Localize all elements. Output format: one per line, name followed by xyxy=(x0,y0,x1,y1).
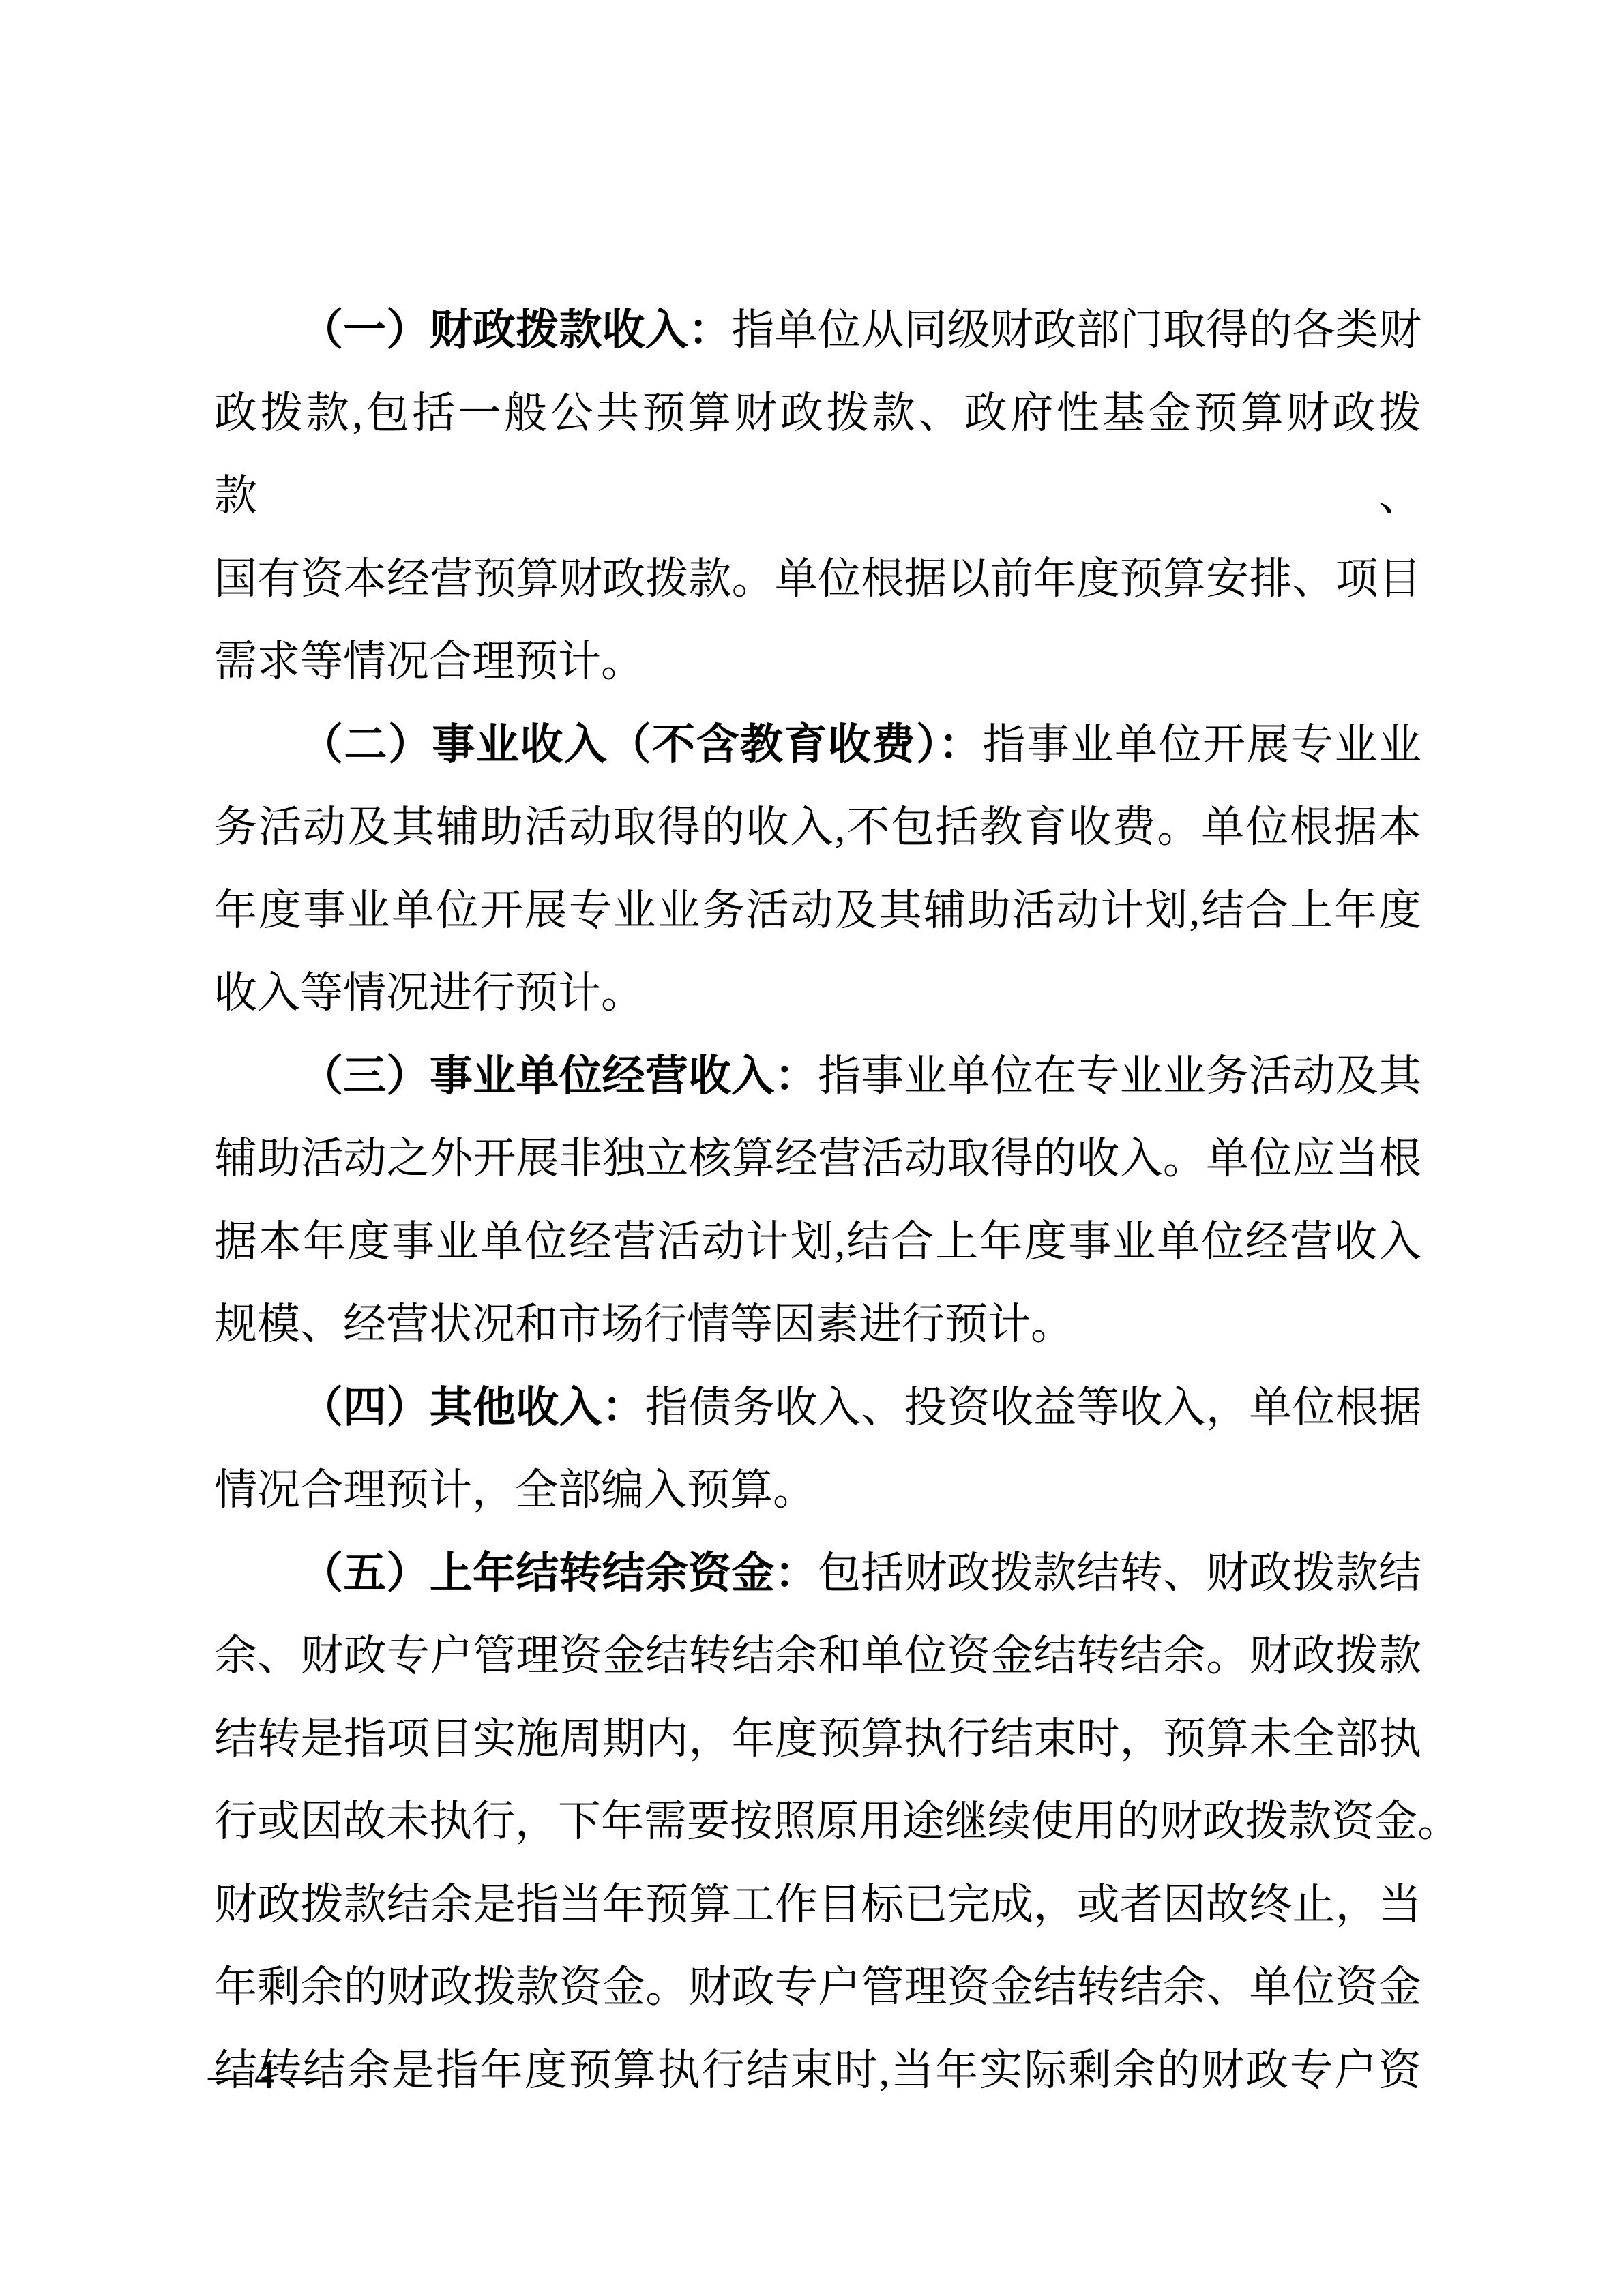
para-3-heading: （三）事业单位经营收入： xyxy=(300,1052,818,1100)
para-1-line-1-text: 指单位从同级财政部门取得的各类财 xyxy=(731,306,1421,354)
para-4-line-2: 情况合理预计，全部编入预算。 xyxy=(214,1449,1421,1532)
para-5-line-5: 财政拨款结余是指当年预算工作目标已完成，或者因故终止，当 xyxy=(214,1864,1421,1947)
para-2-line-1: （二）事业收入（不含教育收费）：指事业单位开展专业业 xyxy=(214,704,1421,787)
para-2-line-2: 务活动及其辅助活动取得的收入,不包括教育收费。单位根据本 xyxy=(214,786,1421,869)
para-1-line-1: （一）财政拨款收入：指单位从同级财政部门取得的各类财 xyxy=(214,289,1421,372)
para-2-line-4: 收入等情况进行预计。 xyxy=(214,952,1421,1035)
para-5-line-4: 行或因故未执行，下年需要按照原用途继续使用的财政拨款资金。 xyxy=(214,1780,1421,1864)
para-3-line-2: 辅助活动之外开展非独立核算经营活动取得的收入。单位应当根 xyxy=(214,1118,1421,1201)
para-4-line-1: （四）其他收入：指债务收入、投资收益等收入，单位根据 xyxy=(214,1367,1421,1450)
para-5-line-1-text: 包括财政拨款结转、财政拨款结 xyxy=(818,1549,1421,1597)
para-3-line-1: （三）事业单位经营收入：指事业单位在专业业务活动及其 xyxy=(214,1035,1421,1118)
page-number: —4— xyxy=(208,2053,327,2097)
para-1-line-4: 需求等情况合理预计。 xyxy=(214,621,1421,704)
page-footer: —4— xyxy=(208,2051,327,2099)
para-1-line-2: 政拨款,包括一般公共预算财政拨款、政府性基金预算财政拨款、 xyxy=(214,372,1421,538)
para-3-line-3: 据本年度事业单位经营活动计划,结合上年度事业单位经营收入 xyxy=(214,1201,1421,1284)
para-5-line-6: 年剩余的财政拨款资金。财政专户管理资金结转结余、单位资金 xyxy=(214,1946,1421,2029)
para-5-heading: （五）上年结转结余资金： xyxy=(300,1549,818,1597)
document-page: （一）财政拨款收入：指单位从同级财政部门取得的各类财 政拨款,包括一般公共预算财… xyxy=(0,0,1624,2296)
para-3-line-4: 规模、经营状况和市场行情等因素进行预计。 xyxy=(214,1283,1421,1367)
document-body: （一）财政拨款收入：指单位从同级财政部门取得的各类财 政拨款,包括一般公共预算财… xyxy=(214,289,1421,2112)
para-5-line-3: 结转是指项目实施周期内，年度预算执行结束时，预算未全部执 xyxy=(214,1698,1421,1781)
para-2-line-3: 年度事业单位开展专业业务活动及其辅助活动计划,结合上年度 xyxy=(214,869,1421,953)
para-4-line-1-text: 指债务收入、投资收益等收入，单位根据 xyxy=(645,1384,1421,1431)
para-4-heading: （四）其他收入： xyxy=(300,1384,645,1431)
para-5-line-1: （五）上年结转结余资金：包括财政拨款结转、财政拨款结 xyxy=(214,1532,1421,1615)
para-2-heading: （二）事业收入（不含教育收费）： xyxy=(300,721,983,769)
para-3-line-1-text: 指事业单位在专业业务活动及其 xyxy=(818,1052,1421,1100)
para-5-line-7: 结转结余是指年度预算执行结束时,当年实际剩余的财政专户资 xyxy=(214,2029,1421,2113)
para-5-line-2: 余、财政专户管理资金结转结余和单位资金结转结余。财政拨款 xyxy=(214,1615,1421,1698)
para-1-heading: （一）财政拨款收入： xyxy=(300,306,731,354)
para-2-line-1-text: 指事业单位开展专业业 xyxy=(983,721,1422,769)
para-1-line-3: 国有资本经营预算财政拨款。单位根据以前年度预算安排、项目 xyxy=(214,538,1421,621)
